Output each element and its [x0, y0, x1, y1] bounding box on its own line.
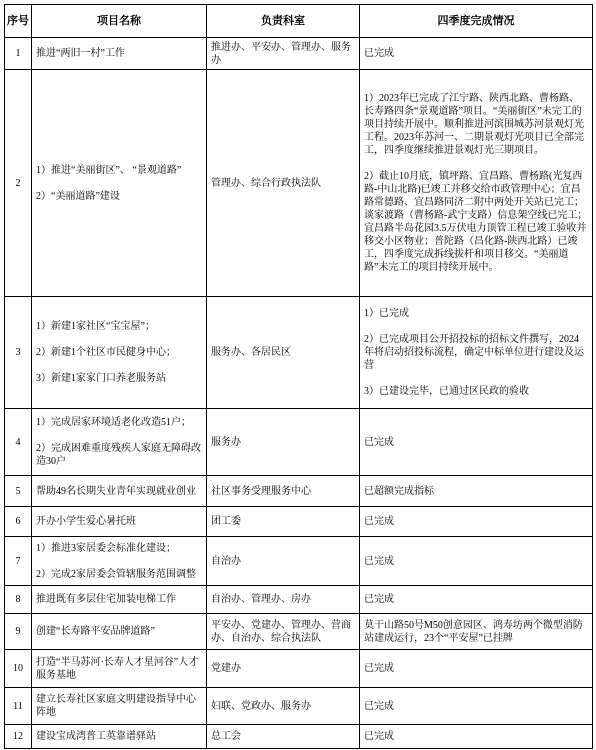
cell-status: 已完成: [360, 586, 593, 614]
cell-seq: 11: [5, 688, 32, 725]
cell-seq: 7: [5, 537, 32, 586]
cell-seq: 10: [5, 650, 32, 688]
cell-project-name: 1）新建1家社区“宝宝屋”； 2）新建1个社区市民健身中心； 3）新建1家家门口…: [32, 297, 207, 409]
cell-seq: 5: [5, 476, 32, 507]
header-q4-status: 四季度完成情况: [360, 5, 593, 38]
cell-department: 推进办、平安办、管理办、服务办: [207, 38, 360, 70]
cell-project-name: 1）完成居家环境适老化改造51户； 2）完成困难重度残疾人家庭无障碍改造30户: [32, 409, 207, 476]
cell-seq: 4: [5, 409, 32, 476]
cell-project-name: 打造“半马苏河·长寿人才星河谷”人才服务基地: [32, 650, 207, 688]
header-department: 负责科室: [207, 5, 360, 38]
cell-status: 已完成: [360, 507, 593, 537]
cell-project-name: 开办小学生爱心暑托班: [32, 507, 207, 537]
cell-status: 已完成: [360, 725, 593, 749]
cell-status: 莫干山路50号M50创意园区、鸿寿坊两个微型消防站建成运行，23个“平安屋”已挂…: [360, 614, 593, 650]
cell-project-name: 创建“长寿路平安品牌道路”: [32, 614, 207, 650]
cell-seq: 9: [5, 614, 32, 650]
cell-department: 团工委: [207, 507, 360, 537]
table-row: 3 1）新建1家社区“宝宝屋”； 2）新建1个社区市民健身中心； 3）新建1家家…: [5, 297, 593, 409]
table-row: 10 打造“半马苏河·长寿人才星河谷”人才服务基地 党建办 已完成: [5, 650, 593, 688]
cell-status: 已完成: [360, 38, 593, 70]
table-header-row: 序号 项目名称 负责科室 四季度完成情况: [5, 5, 593, 38]
cell-department: 社区事务受理服务中心: [207, 476, 360, 507]
header-seq: 序号: [5, 5, 32, 38]
cell-status: 已完成: [360, 650, 593, 688]
table-row: 6 开办小学生爱心暑托班 团工委 已完成: [5, 507, 593, 537]
cell-department: 平安办、党建办、管理办、营商办、自治办、综合执法队: [207, 614, 360, 650]
cell-project-name: 帮助49名长期失业青年实现就业创业: [32, 476, 207, 507]
table-row: 1 推进“两旧一村”工作 推进办、平安办、管理办、服务办 已完成: [5, 38, 593, 70]
table-row: 12 建设宝成湾普工英靠谱驿站 总工会 已完成: [5, 725, 593, 749]
cell-department: 总工会: [207, 725, 360, 749]
table-row: 7 1）推进3家居委会标准化建设； 2）完成2家居委会管辖服务范围调整 自治办 …: [5, 537, 593, 586]
cell-department: 服务办、各居民区: [207, 297, 360, 409]
cell-department: 服务办: [207, 409, 360, 476]
cell-seq: 1: [5, 38, 32, 70]
cell-seq: 12: [5, 725, 32, 749]
table-row: 4 1）完成居家环境适老化改造51户； 2）完成困难重度残疾人家庭无障碍改造30…: [5, 409, 593, 476]
table-row: 9 创建“长寿路平安品牌道路” 平安办、党建办、管理办、营商办、自治办、综合执法…: [5, 614, 593, 650]
cell-project-name: 建设宝成湾普工英靠谱驿站: [32, 725, 207, 749]
cell-status: 已完成: [360, 537, 593, 586]
table-row: 5 帮助49名长期失业青年实现就业创业 社区事务受理服务中心 已超额完成指标: [5, 476, 593, 507]
cell-department: 自治办: [207, 537, 360, 586]
cell-status: 已完成: [360, 688, 593, 725]
table-row: 8 推进既有多层住宅加装电梯工作 自治办、管理办、房办 已完成: [5, 586, 593, 614]
cell-seq: 2: [5, 70, 32, 297]
cell-status: 已完成: [360, 409, 593, 476]
table-row: 11 建立长寿社区家庭文明建设指导中心阵地 妇联、党政办、服务办 已完成: [5, 688, 593, 725]
cell-project-name: 推进“两旧一村”工作: [32, 38, 207, 70]
header-project-name: 项目名称: [32, 5, 207, 38]
cell-status: 1）已完成 2）已完成项目公开招投标的招标文件撰写，2024年将启动招投标流程，…: [360, 297, 593, 409]
cell-department: 党建办: [207, 650, 360, 688]
cell-status: 1）2023年已完成了江宁路、陕西北路、曹杨路、长寿路四条“景观道路”项目。“美…: [360, 70, 593, 297]
cell-seq: 3: [5, 297, 32, 409]
table-row: 2 1）推进“美丽街区”、 “景观道路” 2）“美丽道路”建设 管理办、综合行政…: [5, 70, 593, 297]
cell-department: 管理办、综合行政执法队: [207, 70, 360, 297]
cell-project-name: 建立长寿社区家庭文明建设指导中心阵地: [32, 688, 207, 725]
cell-department: 妇联、党政办、服务办: [207, 688, 360, 725]
cell-project-name: 1）推进3家居委会标准化建设； 2）完成2家居委会管辖服务范围调整: [32, 537, 207, 586]
project-status-table: 序号 项目名称 负责科室 四季度完成情况 1 推进“两旧一村”工作 推进办、平安…: [4, 4, 593, 749]
cell-project-name: 1）推进“美丽街区”、 “景观道路” 2）“美丽道路”建设: [32, 70, 207, 297]
cell-project-name: 推进既有多层住宅加装电梯工作: [32, 586, 207, 614]
cell-department: 自治办、管理办、房办: [207, 586, 360, 614]
cell-seq: 6: [5, 507, 32, 537]
cell-status: 已超额完成指标: [360, 476, 593, 507]
cell-seq: 8: [5, 586, 32, 614]
